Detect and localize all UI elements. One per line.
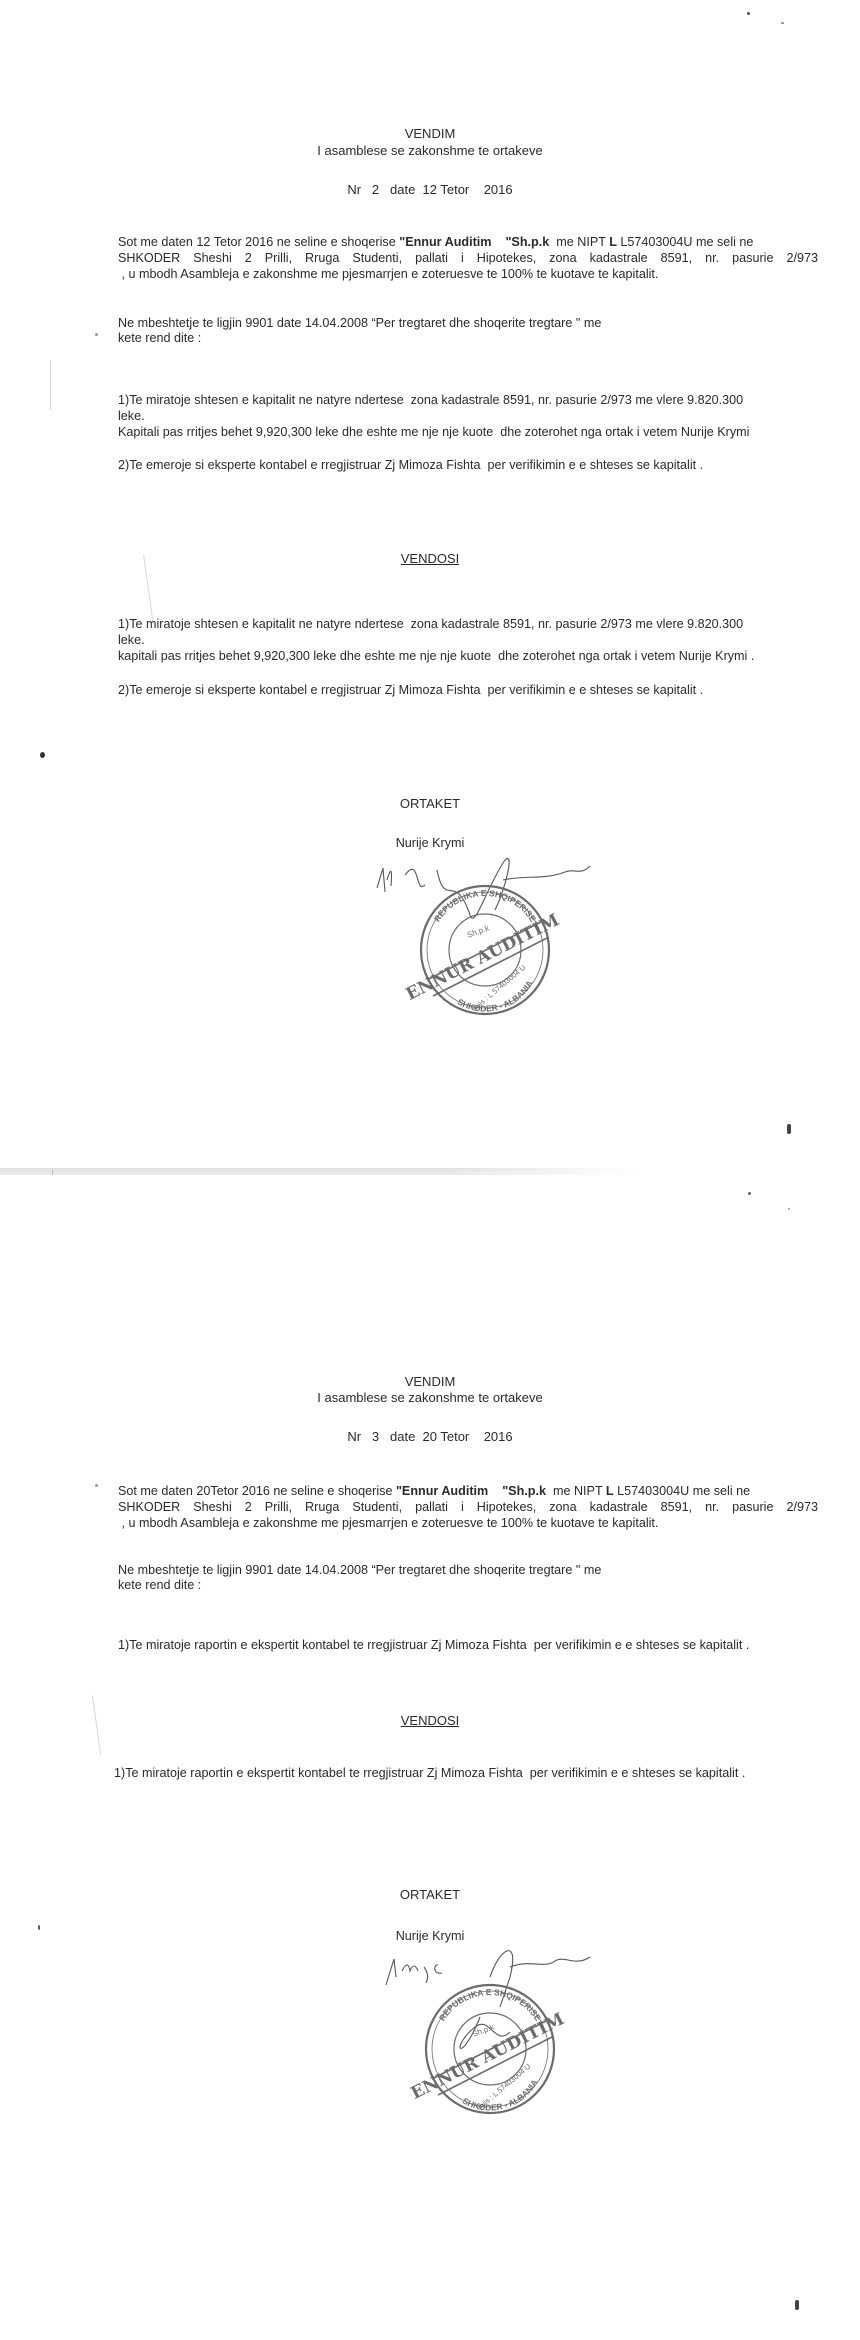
signatories-heading: ORTAKET bbox=[0, 1887, 860, 1902]
nipt-prefix: L bbox=[606, 1484, 614, 1498]
intro-text: L57403004U me seli ne bbox=[614, 1484, 751, 1498]
legal-basis: Ne mbeshtetje te ligjin 9901 date 14.04.… bbox=[118, 316, 601, 331]
company-name: "Ennur Auditim "Sh.p.k bbox=[399, 235, 549, 249]
signature-icon bbox=[386, 1951, 590, 2049]
nipt-prefix: L bbox=[609, 235, 617, 249]
svg-text:Sh.p.k: Sh.p.k bbox=[466, 923, 491, 940]
document-title: VENDIM bbox=[0, 126, 860, 141]
scan-edge-mark bbox=[50, 360, 51, 410]
document-number-date: Nr 3 date 20 Tetor 2016 bbox=[0, 1429, 860, 1444]
decision-item-2: 2)Te emeroje si eksperte kontabel e rreg… bbox=[118, 683, 703, 698]
intro-line-1: Sot me daten 12 Tetor 2016 ne seline e s… bbox=[118, 235, 753, 250]
intro-text: me NIPT bbox=[549, 235, 609, 249]
signatory-name: Nurije Krymi bbox=[0, 836, 860, 851]
legal-basis: Ne mbeshtetje te ligjin 9901 date 14.04.… bbox=[118, 1563, 601, 1578]
decision-heading: VENDOSI bbox=[0, 551, 860, 566]
scan-speck bbox=[781, 22, 784, 24]
decision-item-1: 1)Te miratoje shtesen e kapitalit ne nat… bbox=[118, 617, 743, 632]
agenda-item-1: 1)Te miratoje raportin e ekspertit konta… bbox=[118, 1638, 749, 1653]
document-page-1: VENDIM I asamblese se zakonshme te ortak… bbox=[0, 0, 860, 1175]
intro-line-1: Sot me daten 20Tetor 2016 ne seline e sh… bbox=[118, 1484, 750, 1499]
decision-item-1-cont: leke. bbox=[118, 633, 145, 648]
intro-text: me NIPT bbox=[546, 1484, 606, 1498]
document-subtitle: I asamblese se zakonshme te ortakeve bbox=[0, 1390, 860, 1405]
decision-heading: VENDOSI bbox=[0, 1713, 860, 1728]
agenda-item-1-capital: Kapitali pas rritjes behet 9,920,300 lek… bbox=[118, 425, 749, 440]
agenda-intro: kete rend dite : bbox=[118, 331, 201, 346]
intro-line-3: , u mbodh Asambleja e zakonshme me pjesm… bbox=[118, 1516, 658, 1531]
agenda-item-1: 1)Te miratoje shtesen e kapitalit ne nat… bbox=[118, 393, 743, 408]
intro-text: Sot me daten 20Tetor 2016 ne seline e sh… bbox=[118, 1484, 396, 1498]
intro-line-2: SHKODER Sheshi 2 Prilli, Rruga Studenti,… bbox=[118, 1500, 818, 1515]
intro-line-2: SHKODER Sheshi 2 Prilli, Rruga Studenti,… bbox=[118, 251, 818, 266]
company-stamp-icon: ENNUR AUDITIM Sh.p.k REPUBLIKA E SHQIPER… bbox=[408, 1985, 568, 2113]
svg-text:REPUBLIKA E SHQIPERISE: REPUBLIKA E SHQIPERISE bbox=[437, 1987, 544, 2023]
document-number-date: Nr 2 date 12 Tetor 2016 bbox=[0, 182, 860, 197]
agenda-intro: kete rend dite : bbox=[118, 1578, 201, 1593]
signature-and-stamp: ENNUR AUDITIM Sh.p.k REPUBLIKA E SHQIPER… bbox=[375, 850, 595, 1020]
scan-speck bbox=[95, 1484, 98, 1487]
signature-and-stamp: ENNUR AUDITIM Sh.p.k REPUBLIKA E SHQIPER… bbox=[380, 1937, 600, 2117]
document-title: VENDIM bbox=[0, 1374, 860, 1389]
intro-line-3: , u mbodh Asambleja e zakonshme me pjesm… bbox=[118, 267, 658, 282]
signatories-heading: ORTAKET bbox=[0, 796, 860, 811]
agenda-item-2: 2)Te emeroje si eksperte kontabel e rreg… bbox=[118, 458, 703, 473]
decision-item-1: 1)Te miratoje raportin e ekspertit konta… bbox=[114, 1766, 745, 1781]
scan-speck bbox=[95, 333, 98, 336]
scan-speck bbox=[787, 1124, 791, 1134]
company-stamp-icon: ENNUR AUDITIM Sh.p.k REPUBLIKA E SHQIPER… bbox=[403, 886, 563, 1014]
intro-text: Sot me daten 12 Tetor 2016 ne seline e s… bbox=[118, 235, 399, 249]
scan-speck bbox=[748, 1192, 751, 1195]
scan-speck bbox=[747, 12, 750, 15]
svg-text:Sh.p.k: Sh.p.k bbox=[471, 2022, 496, 2039]
scan-speck bbox=[795, 2300, 799, 2310]
decision-item-1-capital: kapitali pas rritjes behet 9,920,300 lek… bbox=[118, 649, 754, 664]
document-page-2: VENDIM I asamblese se zakonshme te ortak… bbox=[0, 1175, 860, 2340]
company-name: "Ennur Auditim "Sh.p.k bbox=[396, 1484, 546, 1498]
scan-speck bbox=[788, 1208, 790, 1210]
intro-text: L57403004U me seli ne bbox=[617, 235, 754, 249]
scan-speck bbox=[40, 752, 45, 758]
document-subtitle: I asamblese se zakonshme te ortakeve bbox=[0, 143, 860, 158]
svg-text:REPUBLIKA E SHQIPERISE: REPUBLIKA E SHQIPERISE bbox=[432, 888, 539, 924]
agenda-item-1-cont: leke. bbox=[118, 409, 145, 424]
